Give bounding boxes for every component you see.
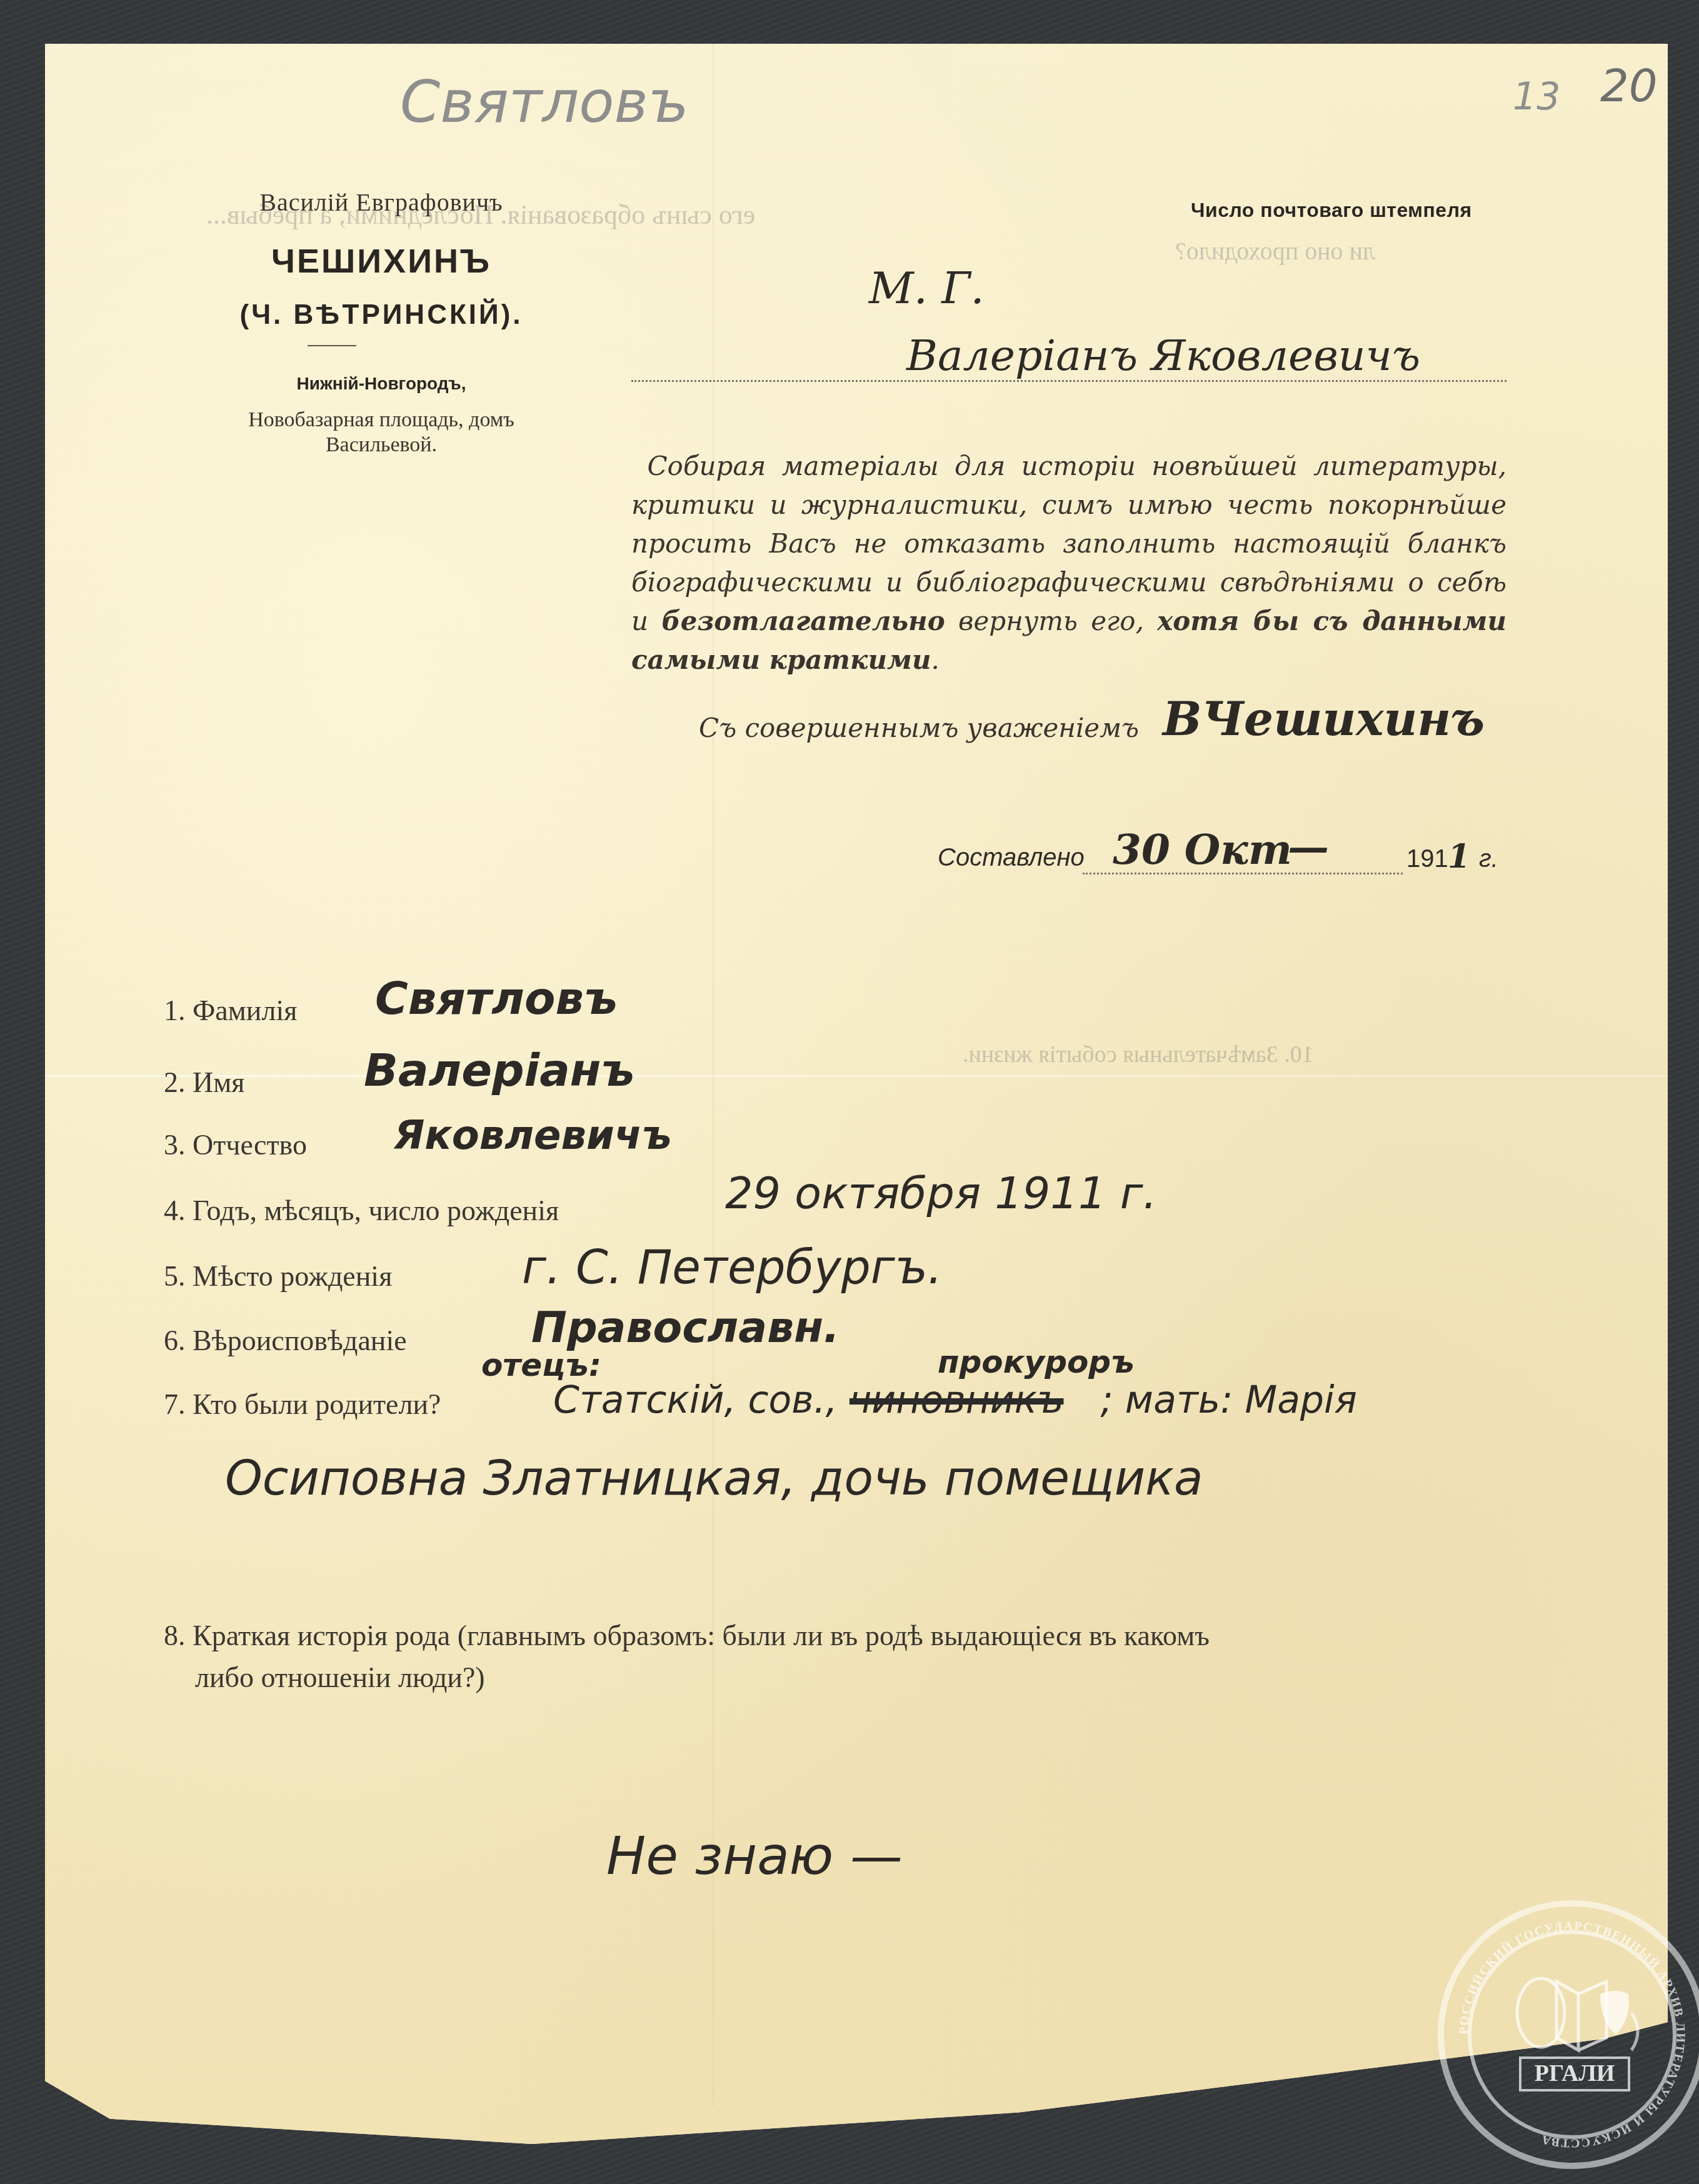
compiled-dash: —: [1288, 823, 1329, 871]
field-4-label: 4. Годъ, мѣсяцъ, число рожденія: [164, 1194, 559, 1227]
letter-body-emphasis-1: безотлагательно: [661, 606, 945, 636]
compiled-year-suffix: г.: [1479, 845, 1498, 873]
postmark-date-label: Число почтоваго штемпеля: [1191, 199, 1472, 222]
horizontal-fold-crease: [45, 1075, 1668, 1077]
closing-phrase: Съ совершеннымъ уваженіемъ: [699, 713, 1139, 743]
field-4-birthdate-value: 29 октября 1911 г.: [725, 1168, 1157, 1219]
field-5-birthplace-value: г. С. Петербургъ.: [522, 1241, 943, 1295]
field-2-label-text: Имя: [193, 1066, 245, 1098]
field-7-number: 7.: [164, 1388, 186, 1420]
compiled-year-handwritten: 1: [1448, 838, 1470, 876]
letterhead-divider: [308, 345, 356, 346]
field-1-surname-value: Святловъ: [375, 972, 618, 1024]
pencil-folio-13: 13: [1513, 75, 1560, 119]
field-2-first-name-value: Валеріанъ: [364, 1044, 635, 1096]
field-8-label-line1: Краткая исторія рода (главнымъ образомъ:…: [193, 1620, 1210, 1651]
letterhead-pseudonym: (Ч. ВѢТРИНСКІЙ).: [188, 299, 575, 331]
letterhead: Василій Евграфовичъ ЧЕШИХИНЪ (Ч. ВѢТРИНС…: [188, 188, 575, 331]
field-7-mother: ; мать: Марія: [1101, 1378, 1357, 1422]
field-3-label: 3. Отчество: [164, 1128, 307, 1161]
letterhead-first-names: Василій Евграфовичъ: [188, 188, 575, 217]
vertical-fold-crease: [713, 44, 714, 2106]
field-5-label-text: Мѣсто рожденія: [193, 1260, 392, 1292]
author-signature: ВЧешихинъ: [1163, 693, 1485, 746]
archive-stamp-label: РГАЛИ: [1519, 2056, 1630, 2091]
field-3-patronymic-value: Яковлевичъ: [394, 1113, 672, 1159]
field-8-label-line2: либо отношеніи люди?): [164, 1661, 1210, 1694]
compiled-year-printed: 191: [1406, 845, 1448, 873]
field-6-religion-value: Православн.: [531, 1303, 839, 1353]
field-6-label-text: Вѣроисповѣданіе: [193, 1325, 407, 1356]
field-3-number: 3.: [164, 1129, 186, 1161]
field-7-parents-line2: Осиповна Златницкая, дочь помещика: [225, 1450, 1203, 1506]
field-8-family-history-value: Не знаю —: [606, 1825, 903, 1886]
letter-body-part5: .: [931, 644, 939, 675]
pencil-folio-20: 20: [1600, 59, 1658, 112]
field-5-number: 5.: [164, 1260, 186, 1292]
pencil-name-note: Святловъ: [400, 69, 689, 136]
field-7-parents-line1: Статскій, сов., чиновникъ ; мать: Марія: [553, 1378, 1357, 1422]
field-1-number: 1.: [164, 994, 186, 1026]
field-1-label-text: Фамилія: [193, 994, 297, 1026]
field-8-label: 8. Краткая исторія рода (главнымъ образо…: [164, 1619, 1210, 1694]
field-4-label-text: Годъ, мѣсяцъ, число рожденія: [193, 1195, 559, 1226]
field-7-label: 7. Кто были родители?: [164, 1388, 441, 1421]
field-7-correction-above: прокуроръ: [938, 1344, 1135, 1380]
field-2-number: 2.: [164, 1066, 186, 1098]
bleed-through-top-line2: ли оно проходило?: [1175, 236, 1375, 266]
field-4-number: 4.: [164, 1195, 186, 1226]
field-1-label: 1. Фамилія: [164, 994, 297, 1027]
field-3-label-text: Отчество: [193, 1129, 307, 1161]
field-6-label: 6. Вѣроисповѣданіе: [164, 1324, 407, 1357]
letter-body-part3: вернуть его,: [945, 606, 1158, 636]
letterhead-city: Нижній-Новгородъ,: [188, 374, 575, 394]
letterhead-surname: ЧЕШИХИНЪ: [188, 242, 575, 281]
field-6-number: 6.: [164, 1325, 186, 1356]
letterhead-address-block: Нижній-Новгородъ, Новобазарная площадь, …: [188, 374, 575, 458]
letter-body: Собирая матеріалы для исторіи новѣйшей л…: [631, 447, 1506, 679]
field-7-father-rank: Статскій, сов.,: [553, 1378, 838, 1422]
compiled-label: Составлено: [938, 844, 1085, 872]
letterhead-address-line1: Новобазарная площадь, домъ: [188, 408, 575, 433]
field-8-number: 8.: [164, 1620, 186, 1651]
letterhead-address-line2: Васильевой.: [188, 433, 575, 458]
field-7-label-text: Кто были родители?: [193, 1388, 441, 1420]
addressee-dotted-line: [631, 380, 1506, 382]
field-7-struck-word: чиновникъ: [850, 1378, 1064, 1422]
bleed-through-item10: 10. Замѣчательныя событія жизни.: [963, 1041, 1314, 1068]
palette-book-mask-emblem-icon: [1506, 1956, 1650, 2056]
field-2-label: 2. Имя: [164, 1066, 245, 1099]
compiled-day-month: 30 Окт: [1113, 825, 1292, 874]
archive-stamp: РОССИЙСКИЙ ГОСУДАРСТВЕННЫЙ АРХИВ ЛИТЕРАТ…: [1438, 1900, 1699, 2169]
addressee-name: Валеріанъ Яковлевичъ: [906, 331, 1420, 381]
salutation: М. Г.: [869, 263, 985, 314]
field-5-label: 5. Мѣсто рожденія: [164, 1260, 392, 1293]
